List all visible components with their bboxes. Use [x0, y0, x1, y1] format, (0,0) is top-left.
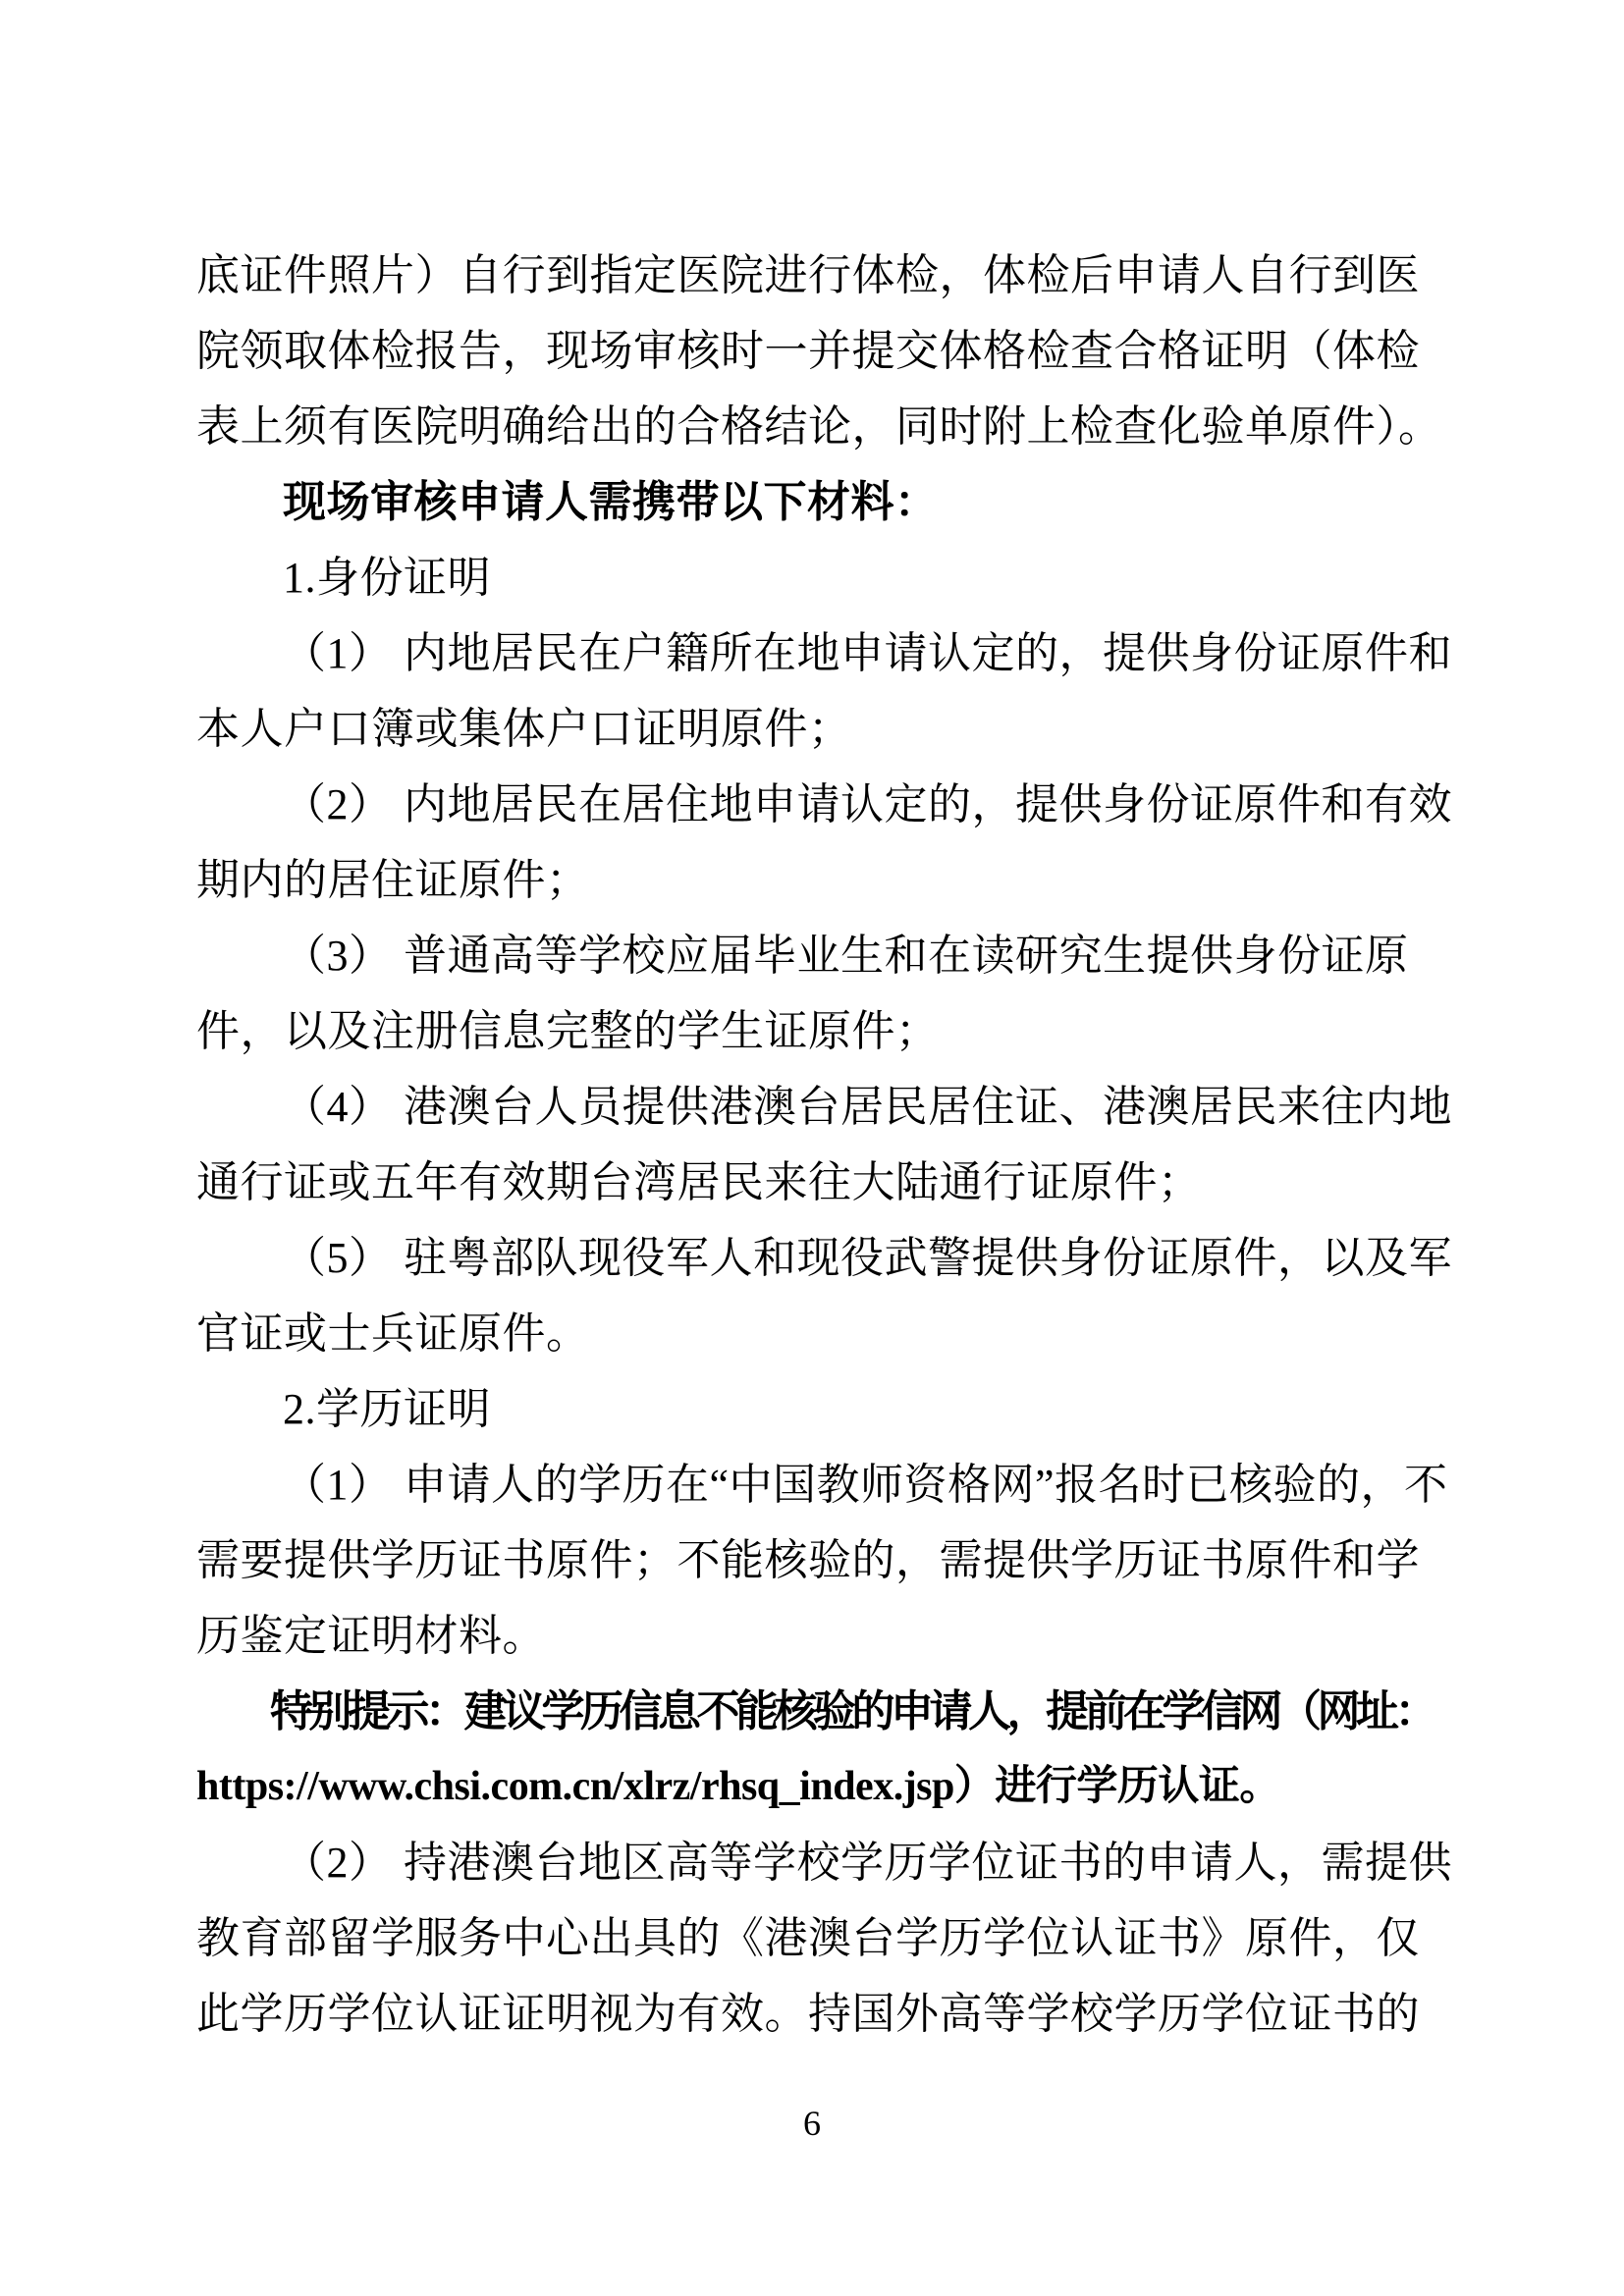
list-item-line: （5） 驻粤部队现役军人和现役武警提供身份证原件，以及军	[196, 1220, 1428, 1296]
item-2-education-heading: 2.学历证明	[196, 1371, 1428, 1447]
document-page: 底证件照片）自行到指定医院进行体检，体检后申请人自行到医 院领取体检报告，现场审…	[0, 0, 1624, 2296]
paragraph-line: 官证或士兵证原件。	[196, 1296, 1428, 1371]
paragraph-line: 表上须有医院明确给出的合格结论，同时附上检查化验单原件）。	[196, 389, 1428, 464]
paragraph-line: 教育部留学服务中心出具的《港澳台学历学位认证书》原件，仅	[196, 1900, 1428, 1976]
list-item-line: （2） 持港澳台地区高等学校学历学位证书的申请人，需提供	[196, 1825, 1428, 1900]
paragraph-line: 通行证或五年有效期台湾居民来往大陆通行证原件；	[196, 1145, 1428, 1220]
list-item-line: （2） 内地居民在居住地申请认定的，提供身份证原件和有效	[196, 767, 1428, 842]
paragraph-line: 期内的居住证原件；	[196, 842, 1428, 918]
document-body: 底证件照片）自行到指定医院进行体检，体检后申请人自行到医 院领取体检报告，现场审…	[196, 238, 1428, 2052]
paragraph-line: 本人户口簿或集体户口证明原件；	[196, 691, 1428, 767]
page-number: 6	[0, 2103, 1624, 2144]
paragraph-line: 件，以及注册信息完整的学生证原件；	[196, 993, 1428, 1069]
list-item-line: （4） 港澳台人员提供港澳台居民居住证、港澳居民来往内地	[196, 1069, 1428, 1145]
special-note-url: https://www.chsi.com.cn/xlrz/rhsq_index.…	[196, 1749, 1428, 1825]
paragraph-line: 底证件照片）自行到指定医院进行体检，体检后申请人自行到医	[196, 238, 1428, 313]
special-note: 特别提示：建议学历信息不能核验的申请人，提前在学信网（网址：	[196, 1674, 1428, 1749]
item-1-identity-heading: 1.身份证明	[196, 540, 1428, 615]
list-item-line: （1） 内地居民在户籍所在地申请认定的，提供身份证原件和	[196, 615, 1428, 691]
section-heading-materials: 现场审核申请人需携带以下材料：	[196, 464, 1428, 540]
list-item-line: （1） 申请人的学历在“中国教师资格网”报名时已核验的，不	[196, 1447, 1428, 1522]
list-item-line: （3） 普通高等学校应届毕业生和在读研究生提供身份证原	[196, 918, 1428, 993]
paragraph-line: 需要提供学历证书原件；不能核验的，需提供学历证书原件和学	[196, 1522, 1428, 1598]
paragraph-line: 院领取体检报告，现场审核时一并提交体格检查合格证明（体检	[196, 313, 1428, 389]
paragraph-line: 此学历学位认证证明视为有效。持国外高等学校学历学位证书的	[196, 1976, 1428, 2052]
paragraph-line: 历鉴定证明材料。	[196, 1598, 1428, 1674]
